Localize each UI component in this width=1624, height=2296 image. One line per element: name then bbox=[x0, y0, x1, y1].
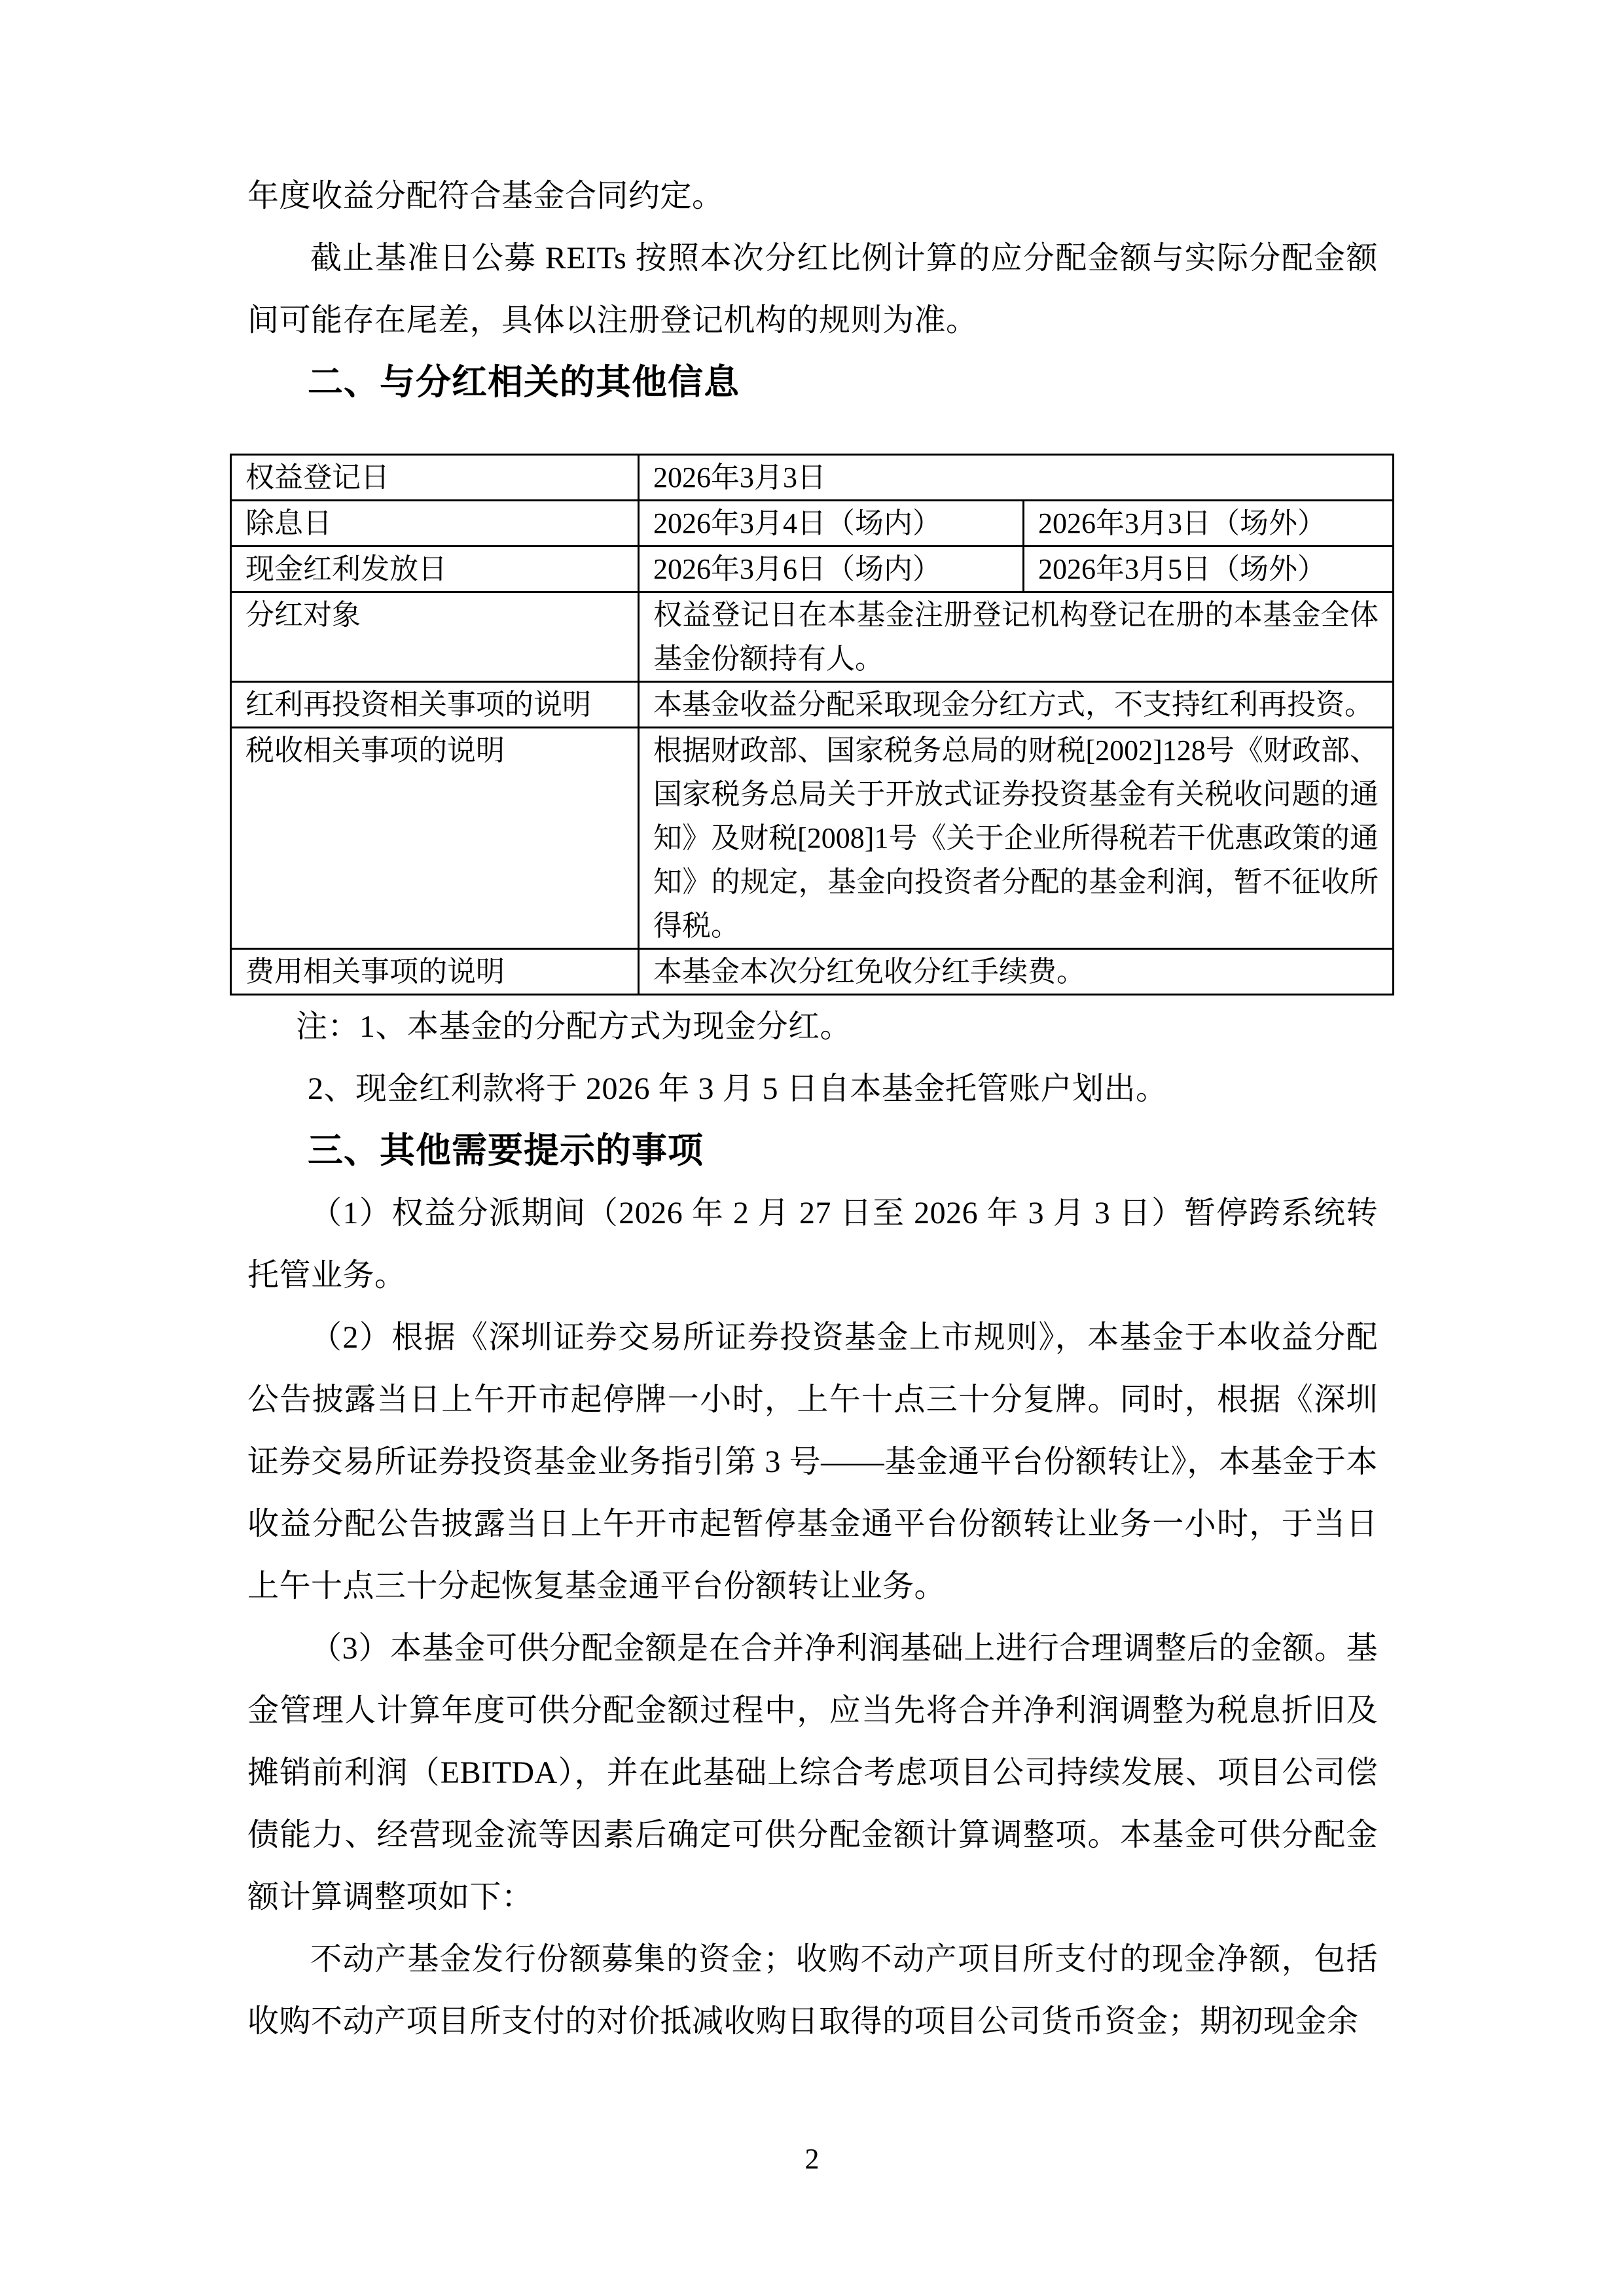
section-heading-dividend-info: 二、与分红相关的其他信息 bbox=[247, 351, 1378, 414]
row-value-ex-dividend-onsite: 2026年3月4日（场内） bbox=[639, 501, 1024, 547]
table-row-reinvestment-note: 红利再投资相关事项的说明 本基金收益分配采取现金分红方式，不支持红利再投资。 bbox=[231, 682, 1394, 728]
paragraph-item-3: （3）本基金可供分配金额是在合并净利润基础上进行合理调整后的金额。基金管理人计算… bbox=[247, 1617, 1378, 1928]
row-label-payment-date: 现金红利发放日 bbox=[231, 547, 639, 592]
row-value-record-date: 2026年3月3日 bbox=[639, 455, 1394, 501]
table-row-tax-note: 税收相关事项的说明 根据财政部、国家税务总局的财税[2002]128号《财政部、… bbox=[231, 728, 1394, 949]
row-label-record-date: 权益登记日 bbox=[231, 455, 639, 501]
row-value-dividend-target: 权益登记日在本基金注册登记机构登记在册的本基金全体基金份额持有人。 bbox=[639, 592, 1394, 682]
row-value-ex-dividend-offsite: 2026年3月3日（场外） bbox=[1024, 501, 1394, 547]
document-page: 年度收益分配符合基金合同约定。 截止基准日公募 REITs 按照本次分红比例计算… bbox=[0, 0, 1624, 2296]
note-line-1: 注：1、本基金的分配方式为现金分红。 bbox=[247, 996, 1378, 1058]
page-number: 2 bbox=[0, 2128, 1624, 2190]
section-heading-other-notices: 三、其他需要提示的事项 bbox=[247, 1120, 1378, 1182]
table-row-ex-dividend-date: 除息日 2026年3月4日（场内） 2026年3月3日（场外） bbox=[231, 501, 1394, 547]
row-value-reinvestment-note: 本基金收益分配采取现金分红方式，不支持红利再投资。 bbox=[639, 682, 1394, 728]
row-value-payment-offsite: 2026年3月5日（场外） bbox=[1024, 547, 1394, 592]
table-row-dividend-target: 分红对象 权益登记日在本基金注册登记机构登记在册的本基金全体基金份额持有人。 bbox=[231, 592, 1394, 682]
row-label-dividend-target: 分红对象 bbox=[231, 592, 639, 682]
paragraph-item-2: （2）根据《深圳证券交易所证券投资基金上市规则》，本基金于本收益分配公告披露当日… bbox=[247, 1306, 1378, 1617]
document-content: 年度收益分配符合基金合同约定。 截止基准日公募 REITs 按照本次分红比例计算… bbox=[0, 0, 1624, 2053]
dividend-info-table: 权益登记日 2026年3月3日 除息日 2026年3月4日（场内） 2026年3… bbox=[230, 454, 1394, 996]
table-row-fee-note: 费用相关事项的说明 本基金本次分红免收分红手续费。 bbox=[231, 949, 1394, 995]
row-value-fee-note: 本基金本次分红免收分红手续费。 bbox=[639, 949, 1394, 995]
paragraph-item-1: （1）权益分派期间（2026 年 2 月 27 日至 2026 年 3 月 3 … bbox=[247, 1182, 1378, 1306]
note-line-2: 2、现金红利款将于 2026 年 3 月 5 日自本基金托管账户划出。 bbox=[247, 1058, 1378, 1120]
row-label-ex-dividend-date: 除息日 bbox=[231, 501, 639, 547]
paragraph-adjustment-items: 不动产基金发行份额募集的资金；收购不动产项目所支付的现金净额，包括收购不动产项目… bbox=[247, 1928, 1378, 2053]
paragraph-tail-difference: 截止基准日公募 REITs 按照本次分红比例计算的应分配金额与实际分配金额间可能… bbox=[247, 227, 1378, 351]
row-label-tax-note: 税收相关事项的说明 bbox=[231, 728, 639, 949]
table-row-payment-date: 现金红利发放日 2026年3月6日（场内） 2026年3月5日（场外） bbox=[231, 547, 1394, 592]
row-label-fee-note: 费用相关事项的说明 bbox=[231, 949, 639, 995]
paragraph-contract-compliance: 年度收益分配符合基金合同约定。 bbox=[247, 165, 1378, 227]
row-label-reinvestment-note: 红利再投资相关事项的说明 bbox=[231, 682, 639, 728]
row-value-tax-note: 根据财政部、国家税务总局的财税[2002]128号《财政部、国家税务总局关于开放… bbox=[639, 728, 1394, 949]
row-value-payment-onsite: 2026年3月6日（场内） bbox=[639, 547, 1024, 592]
table-row-record-date: 权益登记日 2026年3月3日 bbox=[231, 455, 1394, 501]
